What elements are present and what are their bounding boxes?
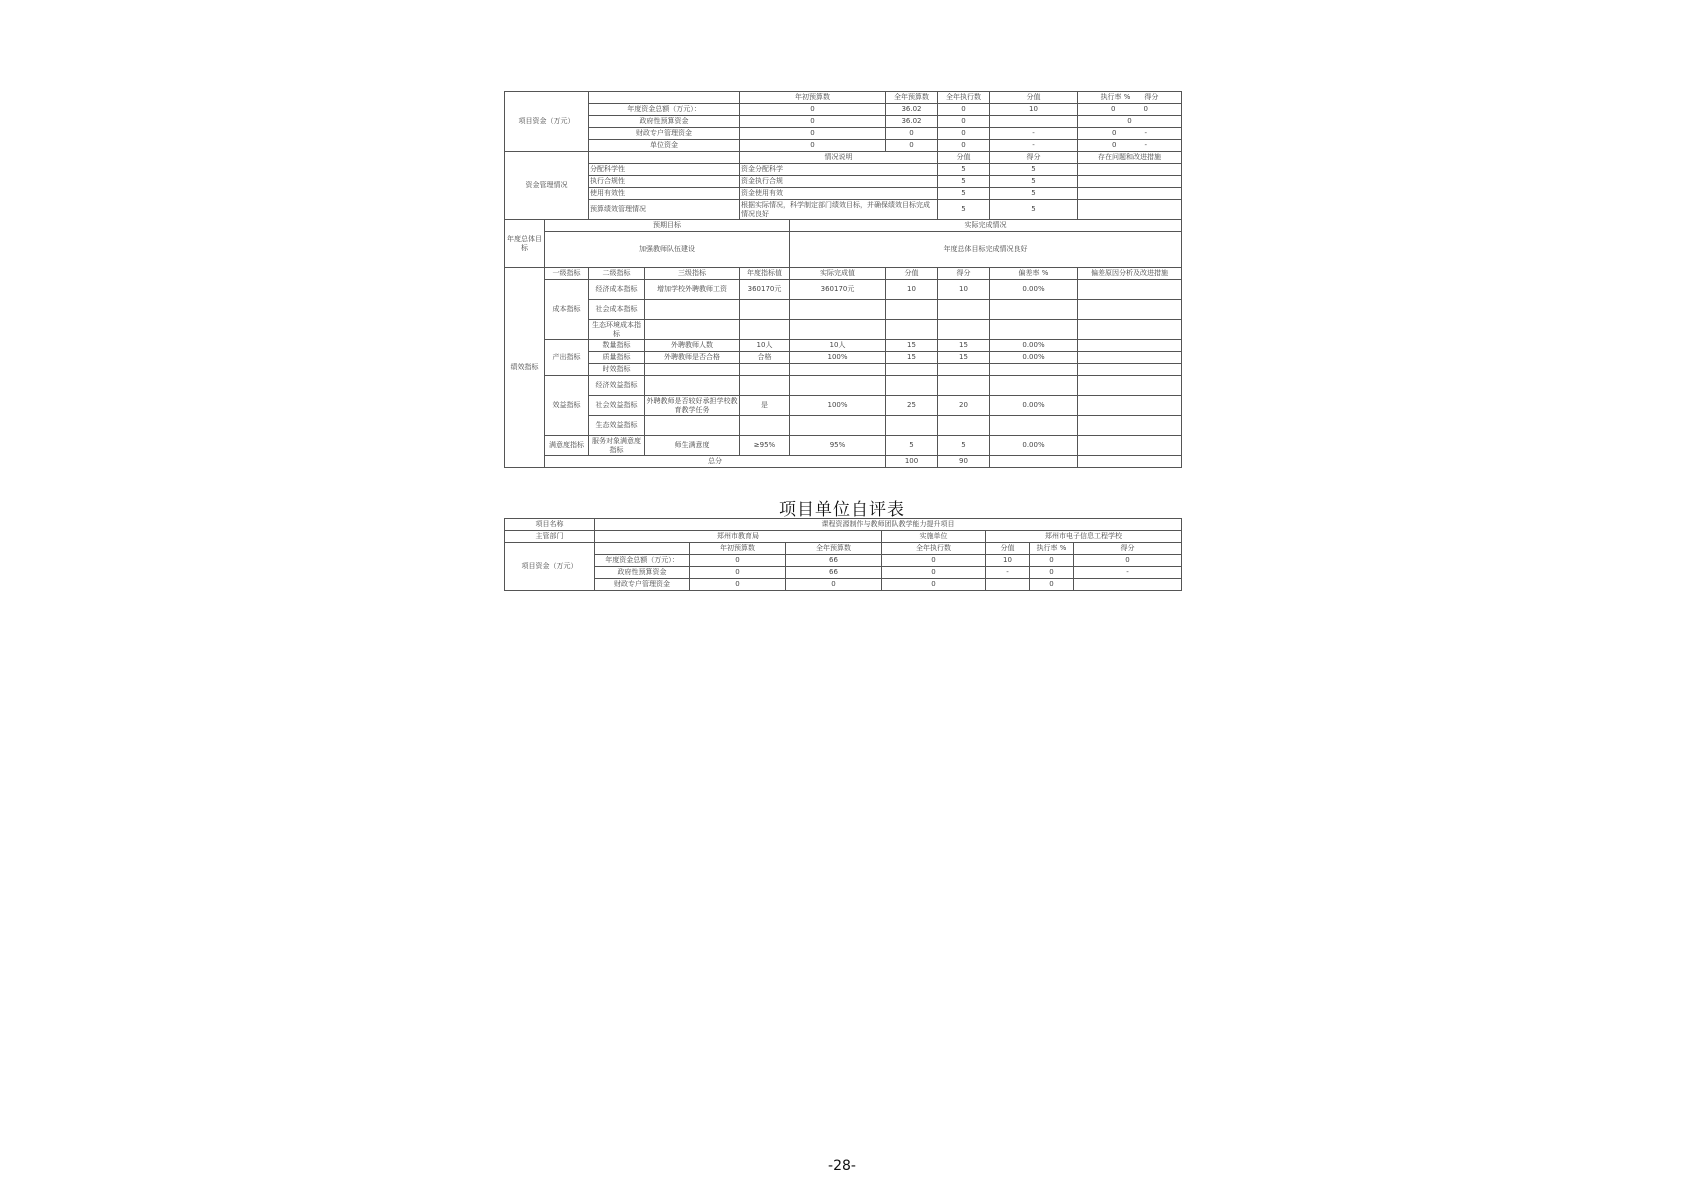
table-cell: - [986,567,1030,579]
table-cell [990,456,1078,468]
table-cell [790,376,886,396]
column-header: 年初预算数 [740,92,886,104]
column-header: 二级指标 [589,268,645,280]
table-cell: 0.00% [990,352,1078,364]
table-cell: 0 [938,140,990,152]
table-cell: 360170元 [740,280,790,300]
department: 郑州市教育局 [595,531,882,543]
table-cell [740,300,790,320]
table-row: 效益指标经济效益指标 [505,376,1182,396]
column-header: 预期目标 [545,220,790,232]
table-cell: 5 [886,436,938,456]
table-row: 产出指标数量指标外聘教师人数10人10人15150.00% [505,340,1182,352]
table-cell: 15 [886,352,938,364]
table-cell: 10 [938,280,990,300]
table-cell: 5 [938,164,990,176]
column-header: 得分 [1074,543,1182,555]
row-label: 资金管理情况 [505,152,589,220]
table-cell: 外聘教师是否合格 [645,352,740,364]
table-cell: 0 [690,567,786,579]
table-cell: 25 [886,396,938,416]
total-label: 总分 [545,456,886,468]
table-row: 年度资金总额（万元）：036.020100 0 [505,104,1182,116]
table-row: 社会成本指标 [505,300,1182,320]
indicator-group: 满意度指标 [545,436,589,456]
table-cell: 年度资金总额（万元）： [589,104,740,116]
table-cell: 5 [938,176,990,188]
table-row: 项目资金（万元）年初预算数全年预算数全年执行数分值执行率 % 得分 [505,92,1182,104]
table-cell: 5 [990,164,1078,176]
table-cell: 10 [990,104,1078,116]
table-cell [938,364,990,376]
table-cell: 5 [990,200,1078,220]
table-cell [990,116,1078,128]
table-row: 政府性预算资金0660-0- [505,567,1182,579]
table-cell [1078,416,1182,436]
column-header: 偏差原因分析及改进措施 [1078,268,1182,280]
table-cell: 社会效益指标 [589,396,645,416]
row-label: 项目资金（万元） [505,92,589,152]
column-header: 执行率 % 得分 [1078,92,1182,104]
table-cell: 10 [886,280,938,300]
column-header: 全年执行数 [882,543,986,555]
table-row: 财政专户管理资金000-0 - [505,128,1182,140]
table-cell [886,300,938,320]
table-cell [1078,200,1182,220]
table-cell: 是 [740,396,790,416]
table-cell: 0 [1074,555,1182,567]
column-header: 偏差率 % [990,268,1078,280]
table-cell: 单位资金 [589,140,740,152]
table-cell: 0 [938,104,990,116]
table-cell: 生态效益指标 [589,416,645,436]
performance-table-2: 项目名称课程资源制作与教师团队教学能力提升项目主管部门郑州市教育局实施单位郑州市… [504,518,1182,591]
table-cell [990,320,1078,340]
table-cell: 0 [690,579,786,591]
table-row: 生态环境成本指标 [505,320,1182,340]
table-cell: 年度总体目标完成情况良好 [790,232,1182,268]
table-cell: 66 [786,567,882,579]
table-row: 质量指标外聘教师是否合格合格100%15150.00% [505,352,1182,364]
table-cell [645,300,740,320]
table-cell: 10 [986,555,1030,567]
table-cell: 36.02 [886,104,938,116]
row-label: 实施单位 [882,531,986,543]
table-row: 满意度指标服务对象满意度指标师生满意度≥95%95%550.00% [505,436,1182,456]
column-header: 实际完成值 [790,268,886,280]
table-row: 预算绩效管理情况根据实际情况，科学制定部门绩效目标，并确保绩效目标完成情况良好5… [505,200,1182,220]
table-cell: 时效指标 [589,364,645,376]
table-cell: 100% [790,396,886,416]
table-cell [645,364,740,376]
indicator-group: 产出指标 [545,340,589,376]
column-header: 全年预算数 [886,92,938,104]
table-cell [990,364,1078,376]
table-cell: 资金分配科学 [740,164,938,176]
table-cell: 0 [690,555,786,567]
column-header: 分值 [990,92,1078,104]
table-cell: 95% [790,436,886,456]
table-cell: 5 [938,436,990,456]
indicator-group: 效益指标 [545,376,589,436]
table-cell [790,300,886,320]
table-cell [886,376,938,396]
table-cell [1078,396,1182,416]
table-cell [1078,340,1182,352]
table-cell: 20 [938,396,990,416]
table-cell: 66 [786,555,882,567]
table-cell [938,320,990,340]
table-row: 年度总体目标预期目标实际完成情况 [505,220,1182,232]
table-cell: 使用有效性 [589,188,740,200]
table-cell [740,416,790,436]
table-cell: 外聘教师是否较好承担学校教育教学任务 [645,396,740,416]
table-cell: 36.02 [886,116,938,128]
table-row: 加强教师队伍建设年度总体目标完成情况良好 [505,232,1182,268]
table-cell: 5 [938,188,990,200]
table-cell [645,320,740,340]
table-cell [938,416,990,436]
table-cell [740,320,790,340]
table-cell: 分配科学性 [589,164,740,176]
table-cell [1078,164,1182,176]
table-row: 项目资金（万元）年初预算数全年预算数全年执行数分值执行率 %得分 [505,543,1182,555]
table-cell [645,376,740,396]
table-row: 单位资金000-0 - [505,140,1182,152]
table-cell: 加强教师队伍建设 [545,232,790,268]
table-cell: 0 [886,140,938,152]
table-cell: 增加学校外聘教师工资 [645,280,740,300]
table-cell: 15 [938,352,990,364]
table-cell: 0 [740,104,886,116]
column-header: 情况说明 [740,152,938,164]
table-cell: 0 [882,579,986,591]
table-cell: 15 [886,340,938,352]
table-cell [1078,364,1182,376]
table-cell [886,364,938,376]
column-header: 得分 [938,268,990,280]
table-row: 年度资金总额（万元）：06601000 [505,555,1182,567]
table-cell: 政府性预算资金 [595,567,690,579]
table-cell: 0 - [1078,140,1182,152]
column-header: 分值 [938,152,990,164]
table-cell: 合格 [740,352,790,364]
table-cell: 0 [740,128,886,140]
table-cell: 财政专户管理资金 [589,128,740,140]
column-header: 分值 [886,268,938,280]
total-got: 90 [938,456,990,468]
table-cell: 资金使用有效 [740,188,938,200]
table-cell [1078,320,1182,340]
column-header [595,543,690,555]
table-cell: 0.00% [990,396,1078,416]
page-number: -28- [0,1158,1684,1174]
table-cell [1078,176,1182,188]
table-cell [589,152,740,164]
table-row: 绩效指标一级指标二级指标三级指标年度指标值实际完成值分值得分偏差率 %偏差原因分… [505,268,1182,280]
table-cell [1078,376,1182,396]
table-cell: 5 [990,176,1078,188]
column-header: 实际完成情况 [790,220,1182,232]
table-cell: - [990,140,1078,152]
row-label: 主管部门 [505,531,595,543]
table-row: 时效指标 [505,364,1182,376]
table-cell: 0.00% [990,436,1078,456]
column-header: 全年预算数 [786,543,882,555]
table-cell [1078,456,1182,468]
column-header: 执行率 % [1030,543,1074,555]
total-score: 100 [886,456,938,468]
column-header: 年度指标值 [740,268,790,280]
table-cell [938,300,990,320]
table-cell: 社会成本指标 [589,300,645,320]
table-cell: 0 0 [1078,104,1182,116]
table-cell [1078,436,1182,456]
row-label: 项目名称 [505,519,595,531]
table-cell [740,364,790,376]
table-row: 成本指标经济成本指标增加学校外聘教师工资360170元360170元10100.… [505,280,1182,300]
column-header: 得分 [990,152,1078,164]
table-cell: 360170元 [790,280,886,300]
table-cell: 外聘教师人数 [645,340,740,352]
table-row: 资金管理情况情况说明分值得分存在问题和改进措施 [505,152,1182,164]
table-row: 总分10090 [505,456,1182,468]
table-cell [886,416,938,436]
table-cell [990,376,1078,396]
table-cell [1078,300,1182,320]
table-cell: 0 [1078,116,1182,128]
table-row: 执行合规性资金执行合规55 [505,176,1182,188]
table-cell: 100% [790,352,886,364]
table-cell: 15 [938,340,990,352]
table-cell: 服务对象满意度指标 [589,436,645,456]
row-label: 绩效指标 [505,268,545,468]
table-cell [938,376,990,396]
table-cell: 10人 [740,340,790,352]
table-cell: 10人 [790,340,886,352]
table-cell: 0 [786,579,882,591]
section-title: 项目单位自评表 [0,495,1684,520]
table-row: 生态效益指标 [505,416,1182,436]
table-cell [1078,352,1182,364]
table-cell: 0 [938,128,990,140]
table-cell: 0 [882,555,986,567]
row-label: 项目资金（万元） [505,543,595,591]
column-header: 全年执行数 [938,92,990,104]
table-cell: 0 [938,116,990,128]
table-cell [740,376,790,396]
table-cell: ≥95% [740,436,790,456]
table-cell [1078,280,1182,300]
table-cell [990,300,1078,320]
column-header: 三级指标 [645,268,740,280]
table-cell: 执行合规性 [589,176,740,188]
table-cell: 0 [740,140,886,152]
table-cell: 5 [990,188,1078,200]
table-cell [645,416,740,436]
row-label: 年度总体目标 [505,220,545,268]
table-cell: 根据实际情况，科学制定部门绩效目标，并确保绩效目标完成情况良好 [740,200,938,220]
table-cell [886,320,938,340]
table-cell: 经济成本指标 [589,280,645,300]
column-header: 一级指标 [545,268,589,280]
table-row: 社会效益指标外聘教师是否较好承担学校教育教学任务是100%25200.00% [505,396,1182,416]
indicator-group: 成本指标 [545,280,589,340]
table-cell: 资金执行合规 [740,176,938,188]
table-cell: 0 - [1078,128,1182,140]
table-cell: 0 [1030,567,1074,579]
table-cell: 0 [886,128,938,140]
table-row: 财政专户管理资金0000 [505,579,1182,591]
table-cell: 0 [1030,579,1074,591]
table-cell: 0.00% [990,280,1078,300]
table-cell: 0 [1030,555,1074,567]
project-name: 课程资源制作与教师团队教学能力提升项目 [595,519,1182,531]
table-cell: 生态环境成本指标 [589,320,645,340]
implementing-unit: 郑州市电子信息工程学校 [986,531,1182,543]
column-header: 分值 [986,543,1030,555]
table-cell: 预算绩效管理情况 [589,200,740,220]
table-cell: 年度资金总额（万元）： [595,555,690,567]
column-header: 年初预算数 [690,543,786,555]
table-cell: 政府性预算资金 [589,116,740,128]
table-cell: 5 [938,200,990,220]
performance-table-1: 项目资金（万元）年初预算数全年预算数全年执行数分值执行率 % 得分年度资金总额（… [504,91,1182,468]
table-cell [1074,579,1182,591]
table-cell [790,416,886,436]
table-cell: - [990,128,1078,140]
table-row: 分配科学性资金分配科学55 [505,164,1182,176]
table-cell [986,579,1030,591]
table-cell [1078,188,1182,200]
table-cell: 师生满意度 [645,436,740,456]
table-cell: 财政专户管理资金 [595,579,690,591]
table-row: 主管部门郑州市教育局实施单位郑州市电子信息工程学校 [505,531,1182,543]
table-cell: - [1074,567,1182,579]
table-cell: 数量指标 [589,340,645,352]
table-cell [990,416,1078,436]
table-row: 政府性预算资金036.0200 [505,116,1182,128]
table-cell: 0 [882,567,986,579]
table-cell: 0.00% [990,340,1078,352]
table-cell [790,364,886,376]
table-cell [790,320,886,340]
table-row: 使用有效性资金使用有效55 [505,188,1182,200]
table-row: 项目名称课程资源制作与教师团队教学能力提升项目 [505,519,1182,531]
column-header: 存在问题和改进措施 [1078,152,1182,164]
table-cell [589,92,740,104]
table-cell: 经济效益指标 [589,376,645,396]
table-cell: 0 [740,116,886,128]
table-cell: 质量指标 [589,352,645,364]
